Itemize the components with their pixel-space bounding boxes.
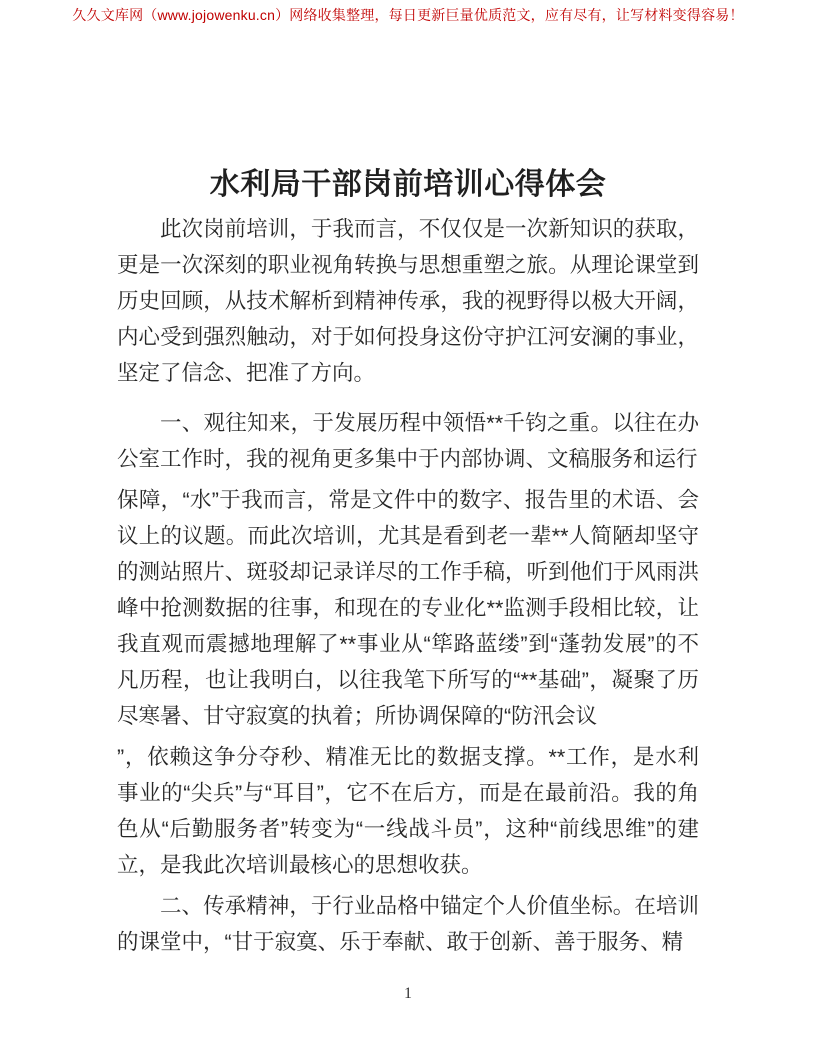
document-title: 水利局干部岗前培训心得体会 [0, 163, 816, 207]
paragraph-section-1-continuation: 保障，“水”于我而言，常是文件中的数字、报告里的术语、会议上的议题。而此次培训，… [117, 482, 699, 734]
paragraph-intro: 此次岗前培训，于我而言，不仅仅是一次新知识的获取，更是一次深刻的职业视角转换与思… [117, 211, 699, 391]
header-notice: 久久文库网（www.jojowenku.cn）网络收集整理，每日更新巨量优质范文… [0, 5, 816, 25]
paragraph-section-1: 一、观往知来，于发展历程中领悟**千钧之重。以往在办公室工作时，我的视角更多集中… [117, 405, 699, 477]
paragraph-section-2: 二、传承精神，于行业品格中锚定个人价值坐标。在培训的课堂中，“甘于寂寞、乐于奉献… [117, 888, 699, 960]
page-number: 1 [0, 983, 816, 1005]
paragraph-section-1-conclusion: ”，依赖这争分夺秒、精准无比的数据支撑。**工作，是水利事业的“尖兵”与“耳目”… [117, 739, 699, 883]
document-body: 此次岗前培训，于我而言，不仅仅是一次新知识的获取，更是一次深刻的职业视角转换与思… [117, 211, 699, 960]
document-page: 久久文库网（www.jojowenku.cn）网络收集整理，每日更新巨量优质范文… [0, 0, 816, 1056]
